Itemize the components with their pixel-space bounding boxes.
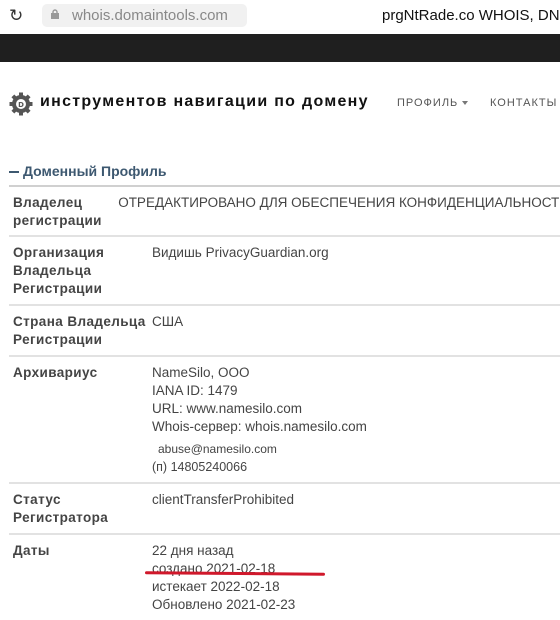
row-value: ОТРЕДАКТИРОВАНО ДЛЯ ОБЕСПЕЧЕНИЯ КОНФИДЕН… bbox=[114, 187, 560, 235]
site-brand[interactable]: инструментов навигации по домену bbox=[40, 93, 369, 111]
row-label: Архивариус bbox=[9, 357, 148, 482]
row-value: 22 дня назад создано 2021-02-18 истекает… bbox=[148, 535, 295, 620]
reload-icon[interactable]: ↻ bbox=[9, 6, 23, 26]
row-label: Статус Регистратора bbox=[9, 484, 148, 533]
caret-down-icon bbox=[462, 101, 468, 105]
row-label: Даты bbox=[9, 535, 148, 620]
page-tab-title: prgNtRade.co WHOIS, DNS bbox=[382, 7, 560, 24]
value-line: 22 дня назад bbox=[152, 542, 295, 560]
row-value: США bbox=[148, 306, 183, 355]
whois-server: Whois-сервер: whois.namesilo.com bbox=[152, 418, 367, 436]
value-line: ОТРЕДАКТИРОВАНО ДЛЯ ОБЕСПЕЧЕНИЯ КОНФИДЕН… bbox=[118, 194, 560, 212]
lock-icon bbox=[50, 9, 60, 19]
minus-icon bbox=[9, 171, 19, 173]
row-label: Владелец регистрации bbox=[9, 187, 114, 235]
value-line: clientTransferProhibited bbox=[152, 491, 294, 509]
nav-profile-menu[interactable]: ПРОФИЛЬ bbox=[397, 97, 468, 109]
value-line: Видишь PrivacyGuardian.org bbox=[152, 244, 329, 262]
top-dark-bar bbox=[0, 34, 560, 62]
row-value: clientTransferProhibited bbox=[148, 484, 294, 533]
abuse-phone: (п) 14805240066 bbox=[152, 458, 367, 476]
svg-text:D: D bbox=[18, 101, 24, 109]
table-row: Архивариус NameSilo, ООО IANA ID: 1479 U… bbox=[9, 355, 560, 482]
abuse-email[interactable]: abuse@namesilo.com bbox=[158, 440, 367, 458]
row-value: Видишь PrivacyGuardian.org bbox=[148, 237, 329, 304]
table-row: Статус Регистратора clientTransferProhib… bbox=[9, 482, 560, 533]
row-label: Организация Владельца Регистрации bbox=[9, 237, 148, 304]
nav-contacts[interactable]: КОНТАКТЫ bbox=[490, 97, 557, 109]
registrar-url[interactable]: URL: www.namesilo.com bbox=[152, 400, 367, 418]
browser-address-bar: ↻ whois.domaintools.com prgNtRade.co WHO… bbox=[0, 0, 560, 33]
table-row: Организация Владельца Регистрации Видишь… bbox=[9, 235, 560, 304]
expires-date: истекает 2022-02-18 bbox=[152, 578, 295, 596]
value-line: NameSilo, ООО bbox=[152, 364, 367, 382]
row-value: NameSilo, ООО IANA ID: 1479 URL: www.nam… bbox=[148, 357, 367, 482]
value-line: США bbox=[152, 313, 183, 331]
gear-d-logo-icon[interactable]: D bbox=[9, 92, 33, 116]
whois-table: Владелец регистрации ОТРЕДАКТИРОВАНО ДЛЯ… bbox=[9, 185, 560, 620]
updated-date: Обновлено 2021-02-23 bbox=[152, 596, 295, 614]
url-text[interactable]: whois.domaintools.com bbox=[72, 7, 228, 24]
nav-profile-label: ПРОФИЛЬ bbox=[397, 97, 458, 109]
row-label: Страна Владельца Регистрации bbox=[9, 306, 148, 355]
value-line: IANA ID: 1479 bbox=[152, 382, 367, 400]
section-header[interactable]: Доменный Профиль bbox=[9, 163, 167, 179]
table-row: Страна Владельца Регистрации США bbox=[9, 304, 560, 355]
section-title: Доменный Профиль bbox=[23, 163, 167, 179]
table-row: Даты 22 дня назад создано 2021-02-18 ист… bbox=[9, 533, 560, 620]
table-row: Владелец регистрации ОТРЕДАКТИРОВАНО ДЛЯ… bbox=[9, 185, 560, 235]
